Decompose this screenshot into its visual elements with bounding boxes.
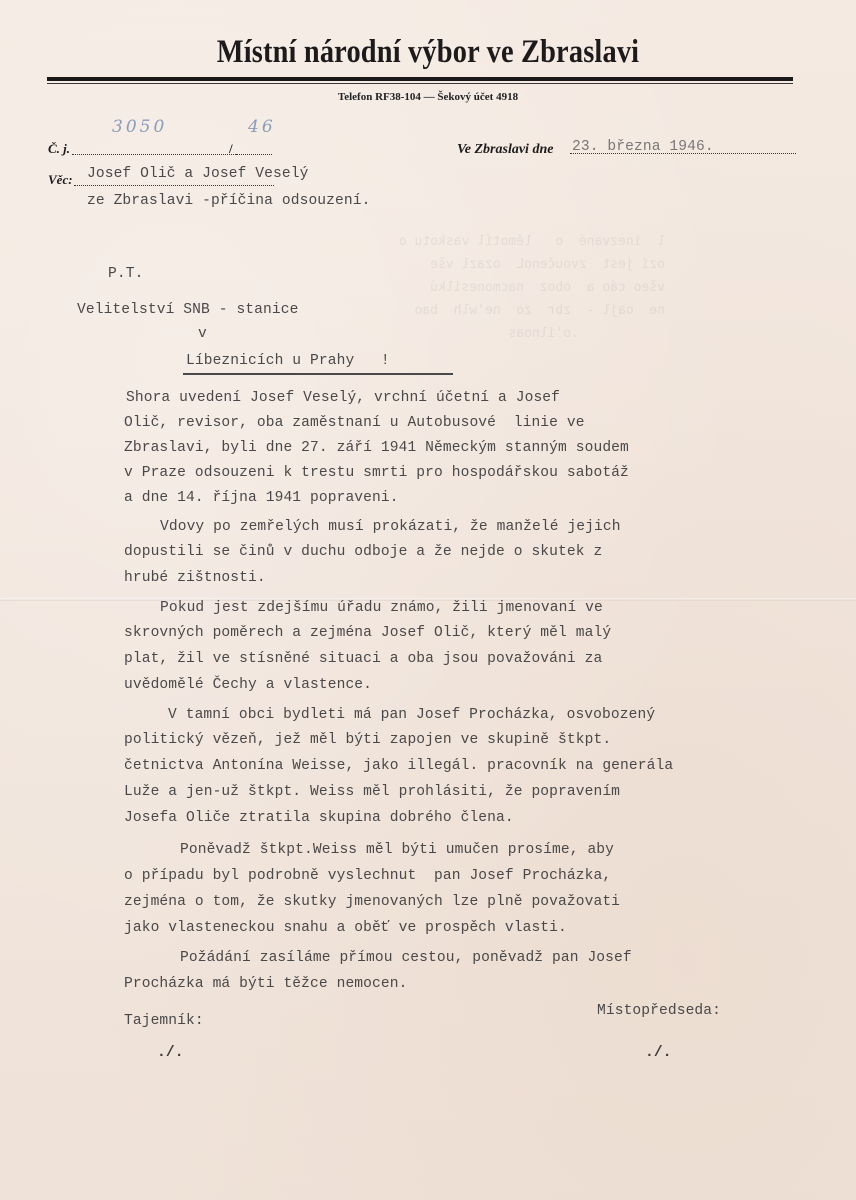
addressee-line-1: Velitelství SNB - stanice: [77, 302, 298, 318]
body-p1-line-3: Zbraslavi, byli dne 27. září 1941 Německ…: [124, 436, 629, 461]
reference-separator: /: [229, 141, 233, 157]
signature-left-title: Tajemník:: [124, 1013, 204, 1029]
body-p6-line-1: Požádání zasíláme přímou cestou, poněvad…: [180, 946, 632, 971]
place-date-label: Ve Zbraslavi dne: [457, 142, 553, 158]
body-p4-line-5: Josefa Oliče ztratila skupina dobrého čl…: [124, 806, 514, 831]
body-p1-line-1: Shora uvedení Josef Veselý, vrchní účetn…: [126, 386, 560, 411]
subject-line-1: Josef Olič a Josef Veselý: [87, 166, 308, 182]
body-p4-line-3: četnictva Antonína Weisse, jako illegál.…: [124, 754, 673, 779]
addressee-line-3: Líbeznicích u Prahy !: [186, 353, 390, 369]
body-p4-line-1: V tamní obci bydleti má pan Josef Prochá…: [168, 703, 655, 728]
body-p5-line-1: Poněvadž štkpt.Weiss měl býti umučen pro…: [180, 838, 614, 863]
reference-year-dotted-line: [236, 154, 272, 155]
bleed-through-text: l inezvané o lěmotíl vaskotu o ozí jest …: [225, 230, 665, 345]
body-p1-line-4: v Praze odsouzeni k trestu smrti pro hos…: [124, 461, 629, 486]
body-p3-line-4: uvědomělé Čechy a vlastence.: [124, 673, 372, 698]
signature-left-mark: ./.: [157, 1045, 184, 1061]
reference-year-handwritten: 46: [248, 117, 276, 137]
body-p5-line-3: zejména o tom, že skutky jmenovaných lze…: [124, 890, 620, 915]
addressee-underline: [183, 373, 453, 375]
reference-dotted-line: [72, 154, 242, 155]
body-p6-line-2: Procházka má býti těžce nemocen.: [124, 972, 407, 997]
subject-dotted-line: [74, 185, 274, 186]
body-p2-line-1: Vdovy po zemřelých musí prokázati, že ma…: [160, 515, 621, 540]
addressee-salutation: P.T.: [108, 266, 143, 282]
subject-line-2: ze Zbraslavi -příčina odsouzení.: [87, 193, 370, 209]
body-p2-line-2: dopustili se činů v duchu odboje a že ne…: [124, 540, 602, 565]
body-p1-line-5: a dne 14. října 1941 popraveni.: [124, 486, 399, 511]
signature-right-mark: ./.: [645, 1045, 672, 1061]
body-p5-line-2: o případu byl podrobně vyslechnut pan Jo…: [124, 864, 611, 889]
letterhead-rule-thick: [47, 77, 793, 81]
body-p5-line-4: jako vlasteneckou snahu a oběť ve prospě…: [124, 916, 567, 941]
reference-number-handwritten: 3050: [112, 117, 167, 137]
subject-label: Věc:: [48, 172, 73, 188]
reference-label: Č. j.: [48, 141, 70, 157]
letterhead-contact: Telefon RF38-104 — Šekový účet 4918: [0, 91, 856, 103]
place-date-value: 23. března 1946.: [572, 139, 714, 155]
addressee-line-2: v: [198, 326, 207, 342]
body-p3-line-1: Pokud jest zdejšímu úřadu známo, žili jm…: [160, 596, 603, 621]
body-p4-line-4: Luže a jen-už štkpt. Weiss měl prohlásit…: [124, 780, 620, 805]
letterhead-title: Místní národní výbor ve Zbraslavi: [60, 34, 796, 71]
signature-right-title: Místopředseda:: [597, 1003, 721, 1019]
body-p3-line-3: plat, žil ve stísněné situaci a oba jsou…: [124, 647, 602, 672]
body-p1-line-2: Olič, revisor, oba zaměstnaní u Autobuso…: [124, 411, 585, 436]
letterhead-rule-thin: [47, 83, 793, 84]
body-p3-line-2: skrovných poměrech a zejména Josef Olič,…: [124, 621, 611, 646]
body-p2-line-3: hrubé zištnosti.: [124, 566, 266, 591]
body-p4-line-2: politický vězeň, jež měl býti zapojen ve…: [124, 728, 611, 753]
